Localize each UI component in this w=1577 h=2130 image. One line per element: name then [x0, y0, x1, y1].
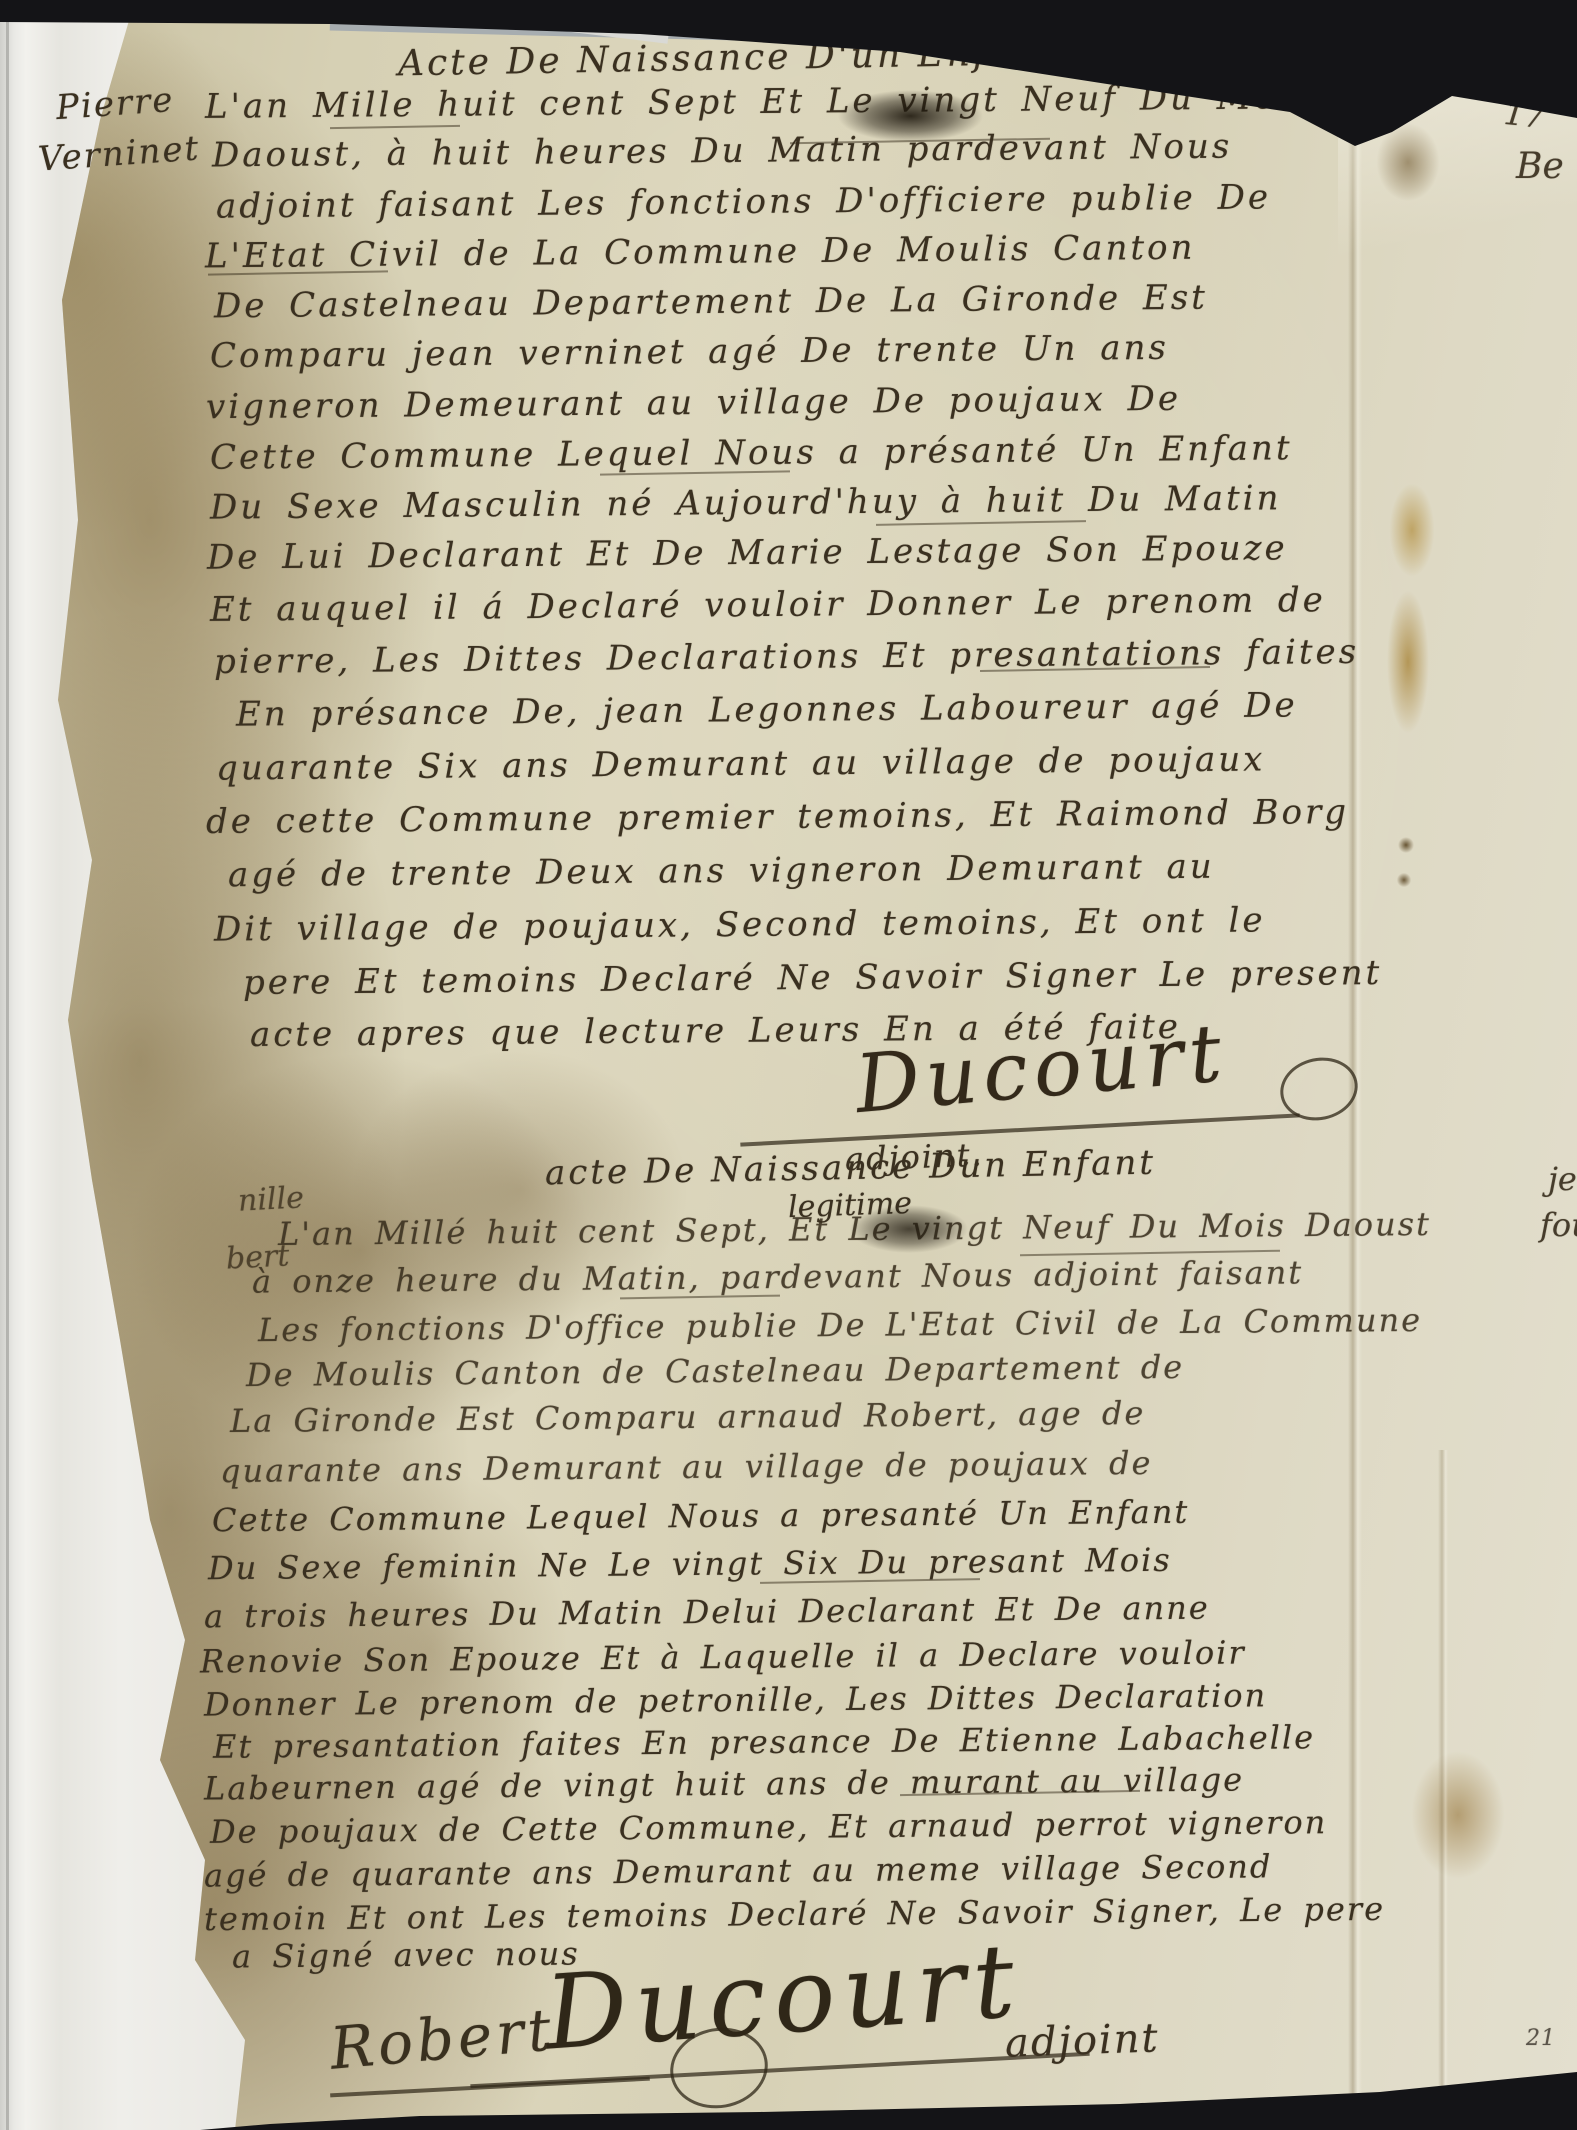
- edge-fragment: jea: [1548, 1160, 1577, 1198]
- signature-role-adjoint-2: adjoint: [1004, 2015, 1160, 2066]
- ink-blot-2: [850, 1205, 968, 1253]
- manuscript-line: La Gironde Est Comparu arnaud Robert, ag…: [230, 1394, 1146, 1440]
- manuscript-line: vigneron Demeurant au village De poujaux…: [206, 379, 1181, 428]
- page-edge-line: [6, 0, 9, 2130]
- vertical-fold-crease: [1348, 95, 1362, 2130]
- page-number: 21: [1526, 2026, 1556, 2051]
- ink-blot: [838, 90, 983, 142]
- manuscript-line: a Signé avec nous: [232, 1934, 580, 1975]
- manuscript-line: Comparu jean verninet agé De trente Un a…: [210, 328, 1169, 376]
- margin-name-fragment1: nille: [237, 1180, 305, 1218]
- manuscript-scan: Pierre Verninet Acte De Naissance D'un E…: [0, 0, 1577, 2130]
- margin-name-line1: Pierre: [55, 80, 176, 128]
- lower-fold-crease: [1438, 1450, 1448, 2130]
- edge-fragment: fou: [1540, 1206, 1577, 1244]
- edge-fragment: Be: [1516, 146, 1564, 187]
- manuscript-line: quarante ans Demurant au village de pouj…: [220, 1444, 1153, 1490]
